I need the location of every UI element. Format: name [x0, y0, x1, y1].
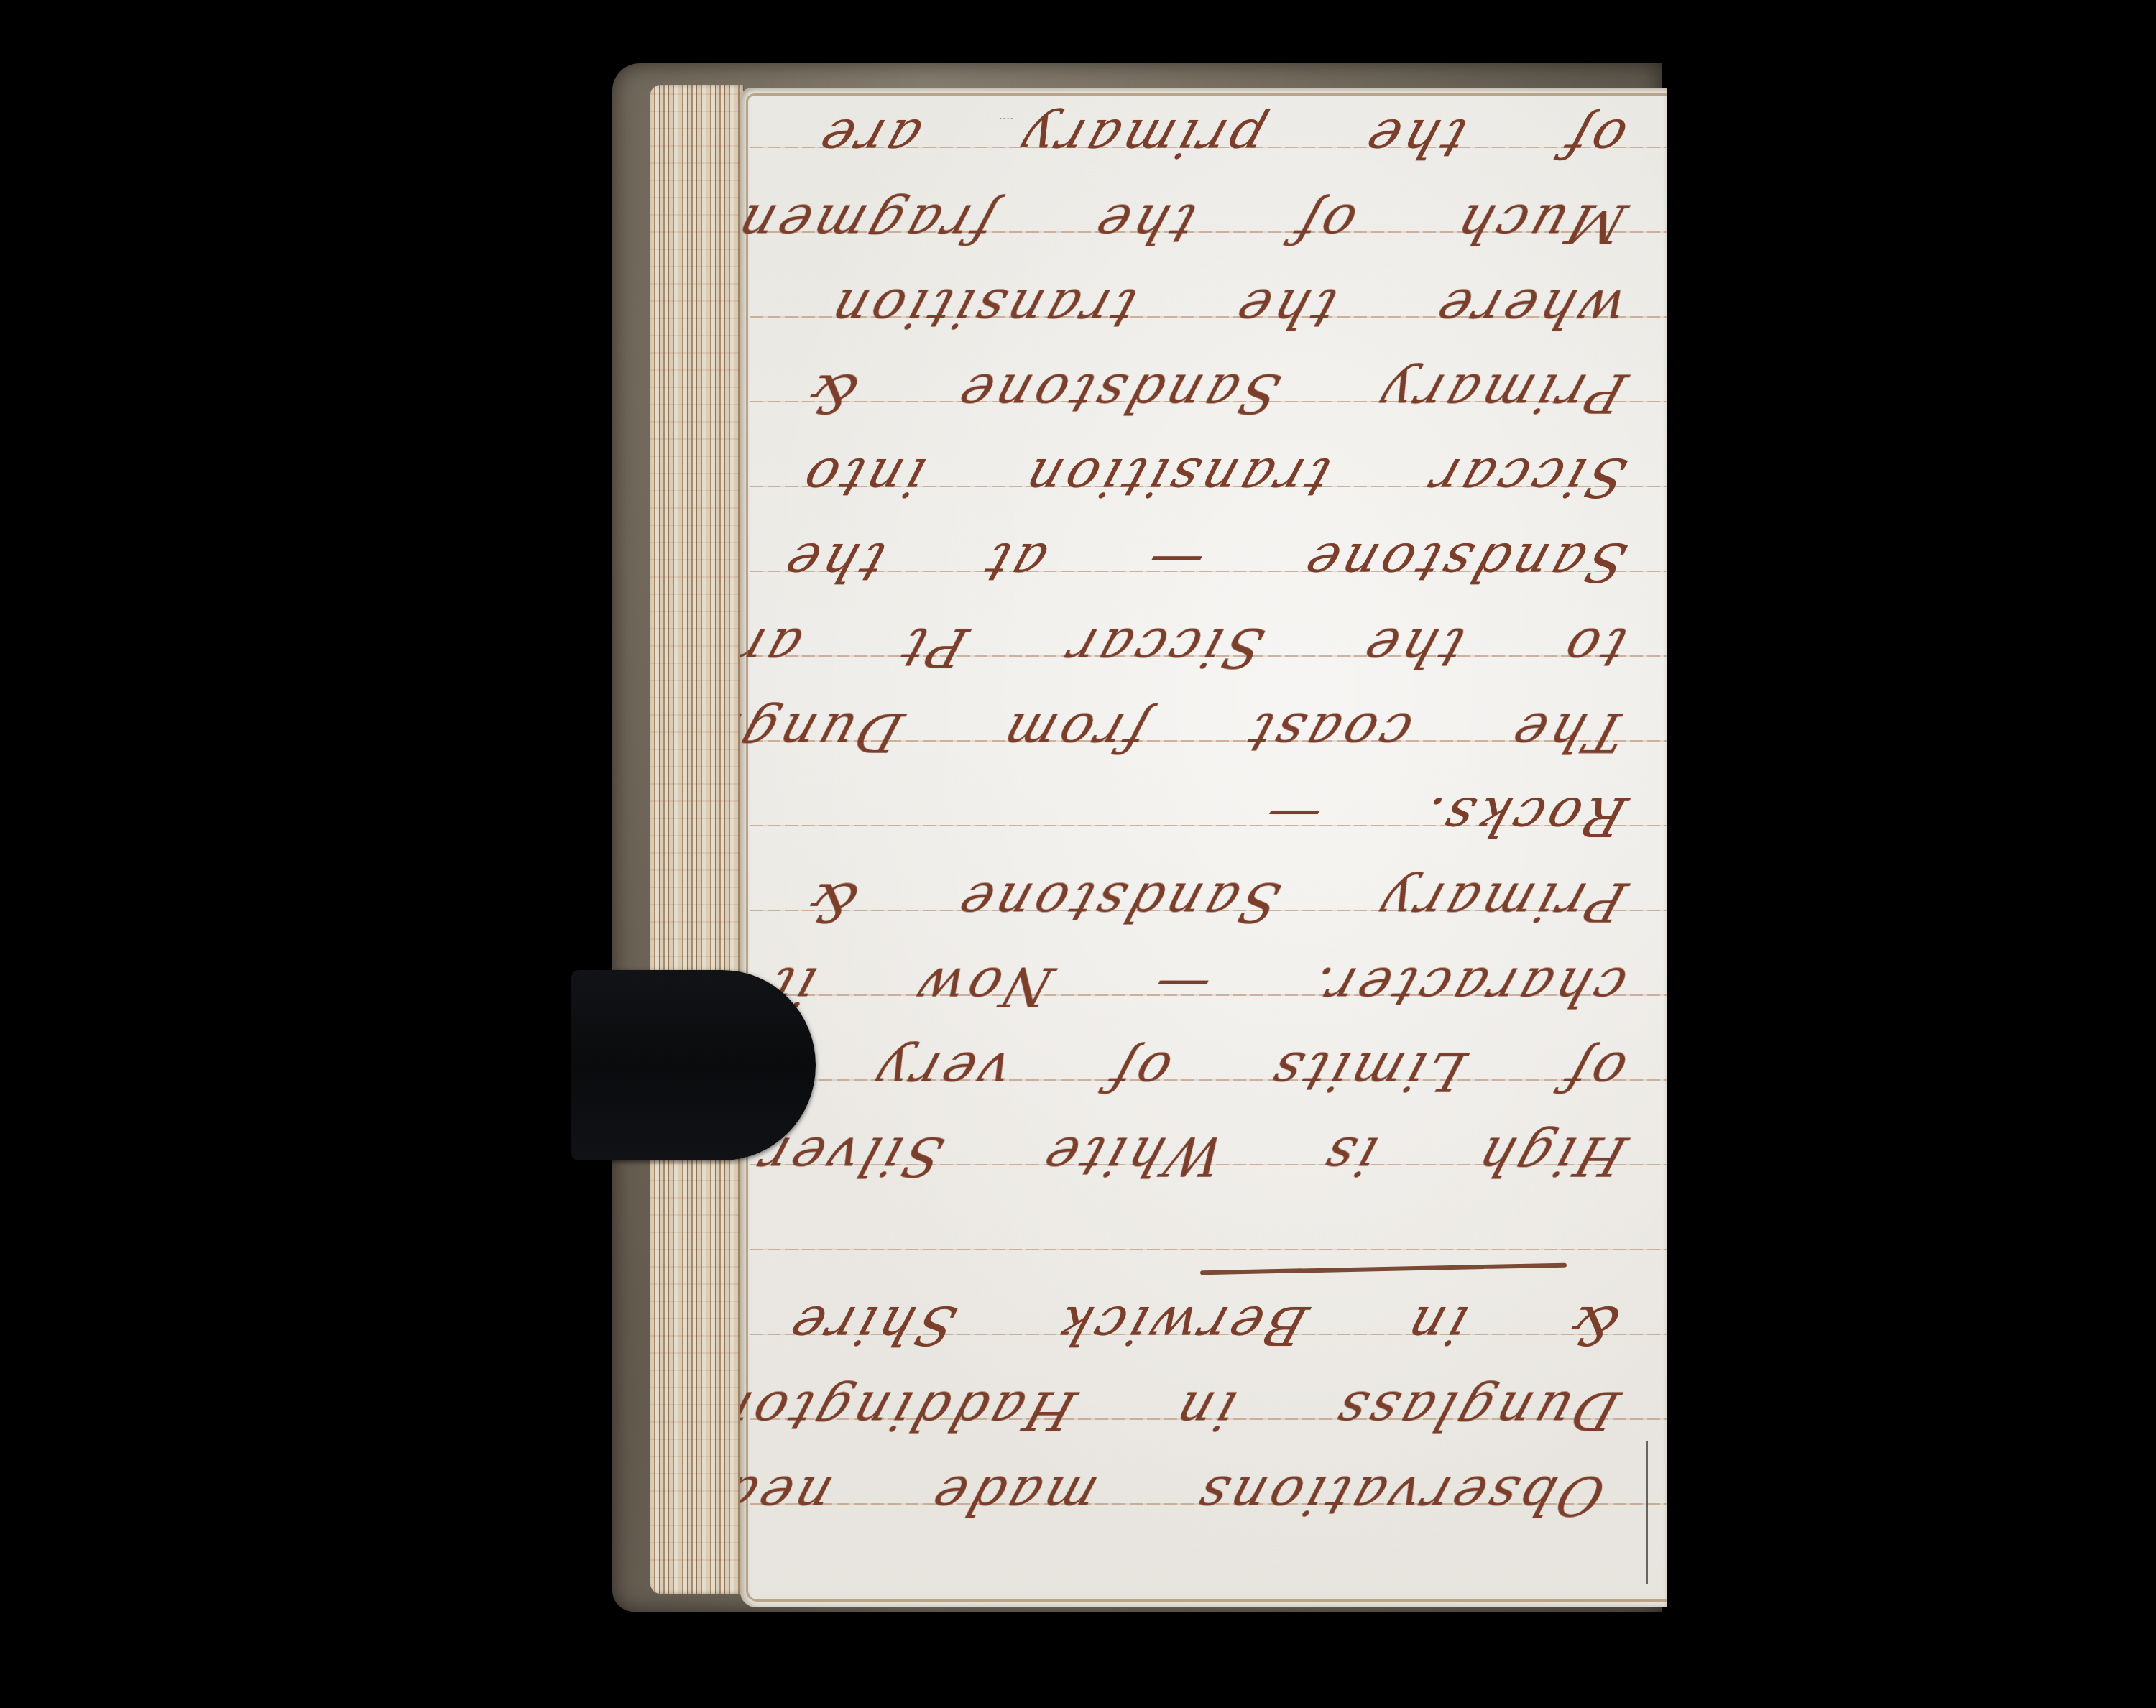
page-weight-clip	[571, 970, 816, 1160]
handwritten-line: & in Berwick Shire	[803, 1298, 1626, 1352]
notebook-page: Observations made near Dunglass in Haddi…	[740, 88, 1667, 1607]
handwritten-line: Dunglass in Haddington Shire	[803, 1383, 1626, 1436]
handwritten-line: Primary Sandstone & whin	[811, 874, 1633, 928]
handwritten-line: Rocks. —	[811, 790, 1633, 843]
page-stack-edge	[650, 85, 744, 1594]
photo-background: Observations made near Dunglass in Haddi…	[0, 0, 2156, 1708]
handwritten-line: Siccar transition into	[811, 451, 1633, 504]
handwritten-line: Observations made near	[789, 1468, 1611, 1521]
handwritten-line: The coast from Dunglass	[811, 705, 1633, 758]
handwritten-line: character. — Now it are	[811, 959, 1633, 1012]
handwritten-line: to the Siccar Pt are	[811, 620, 1633, 673]
handwritten-text: Observations made near Dunglass in Haddi…	[740, 88, 1667, 1607]
section-divider	[1200, 1263, 1567, 1275]
pencil-annotation: ....	[999, 115, 1013, 129]
handwritten-line: of Limits of very distinct	[811, 1044, 1633, 1097]
handwritten-line: of the primary are	[811, 111, 1633, 165]
handwritten-line: where the transition is	[811, 281, 1633, 334]
handwritten-line: High is White Silver Leaden	[811, 1129, 1633, 1182]
handwritten-line: Sandstone — at the	[811, 535, 1633, 588]
handwritten-line: Primary Sandstone & whin	[811, 366, 1633, 419]
pencil-mark	[1646, 1441, 1648, 1584]
handwritten-line: Much of the fragments	[811, 196, 1633, 249]
